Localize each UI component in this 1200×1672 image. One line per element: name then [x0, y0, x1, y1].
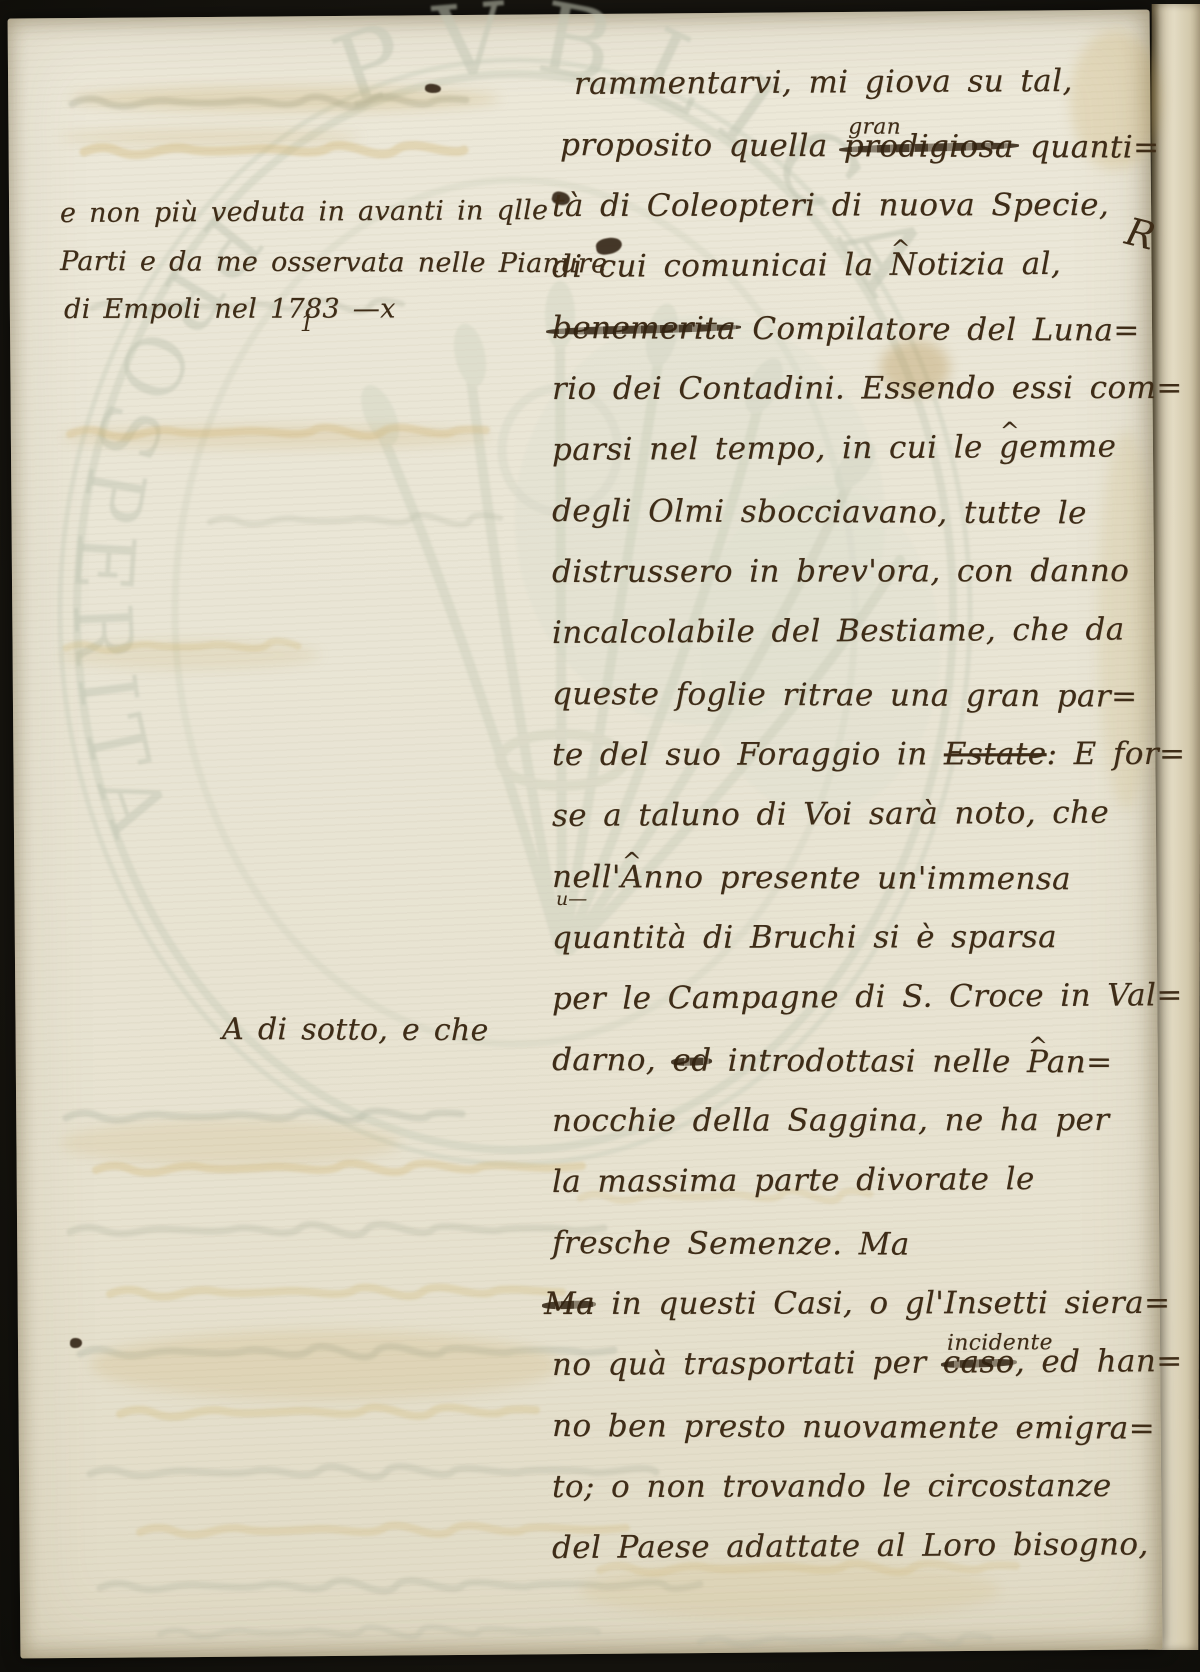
scribble-text: benemerita: [552, 310, 736, 347]
text-line: darno, ed introdottasi nelle ^Pan=: [552, 1042, 1113, 1080]
handwritten-text: la massima parte divorate le: [552, 1161, 1035, 1200]
stain: [60, 1120, 400, 1166]
text-line: di Empoli nel 1783 —x: [64, 293, 396, 325]
text-line: benemerita Compilatore del Luna=: [552, 310, 1140, 349]
text-line: degli Olmi sbocciavano, tutte le: [552, 493, 1087, 531]
handwritten-text: di Empoli nel 1783 —x: [64, 293, 396, 325]
margin-note: A di sotto, e che: [222, 1012, 489, 1048]
text-line: proposito quella granprodigiosa quanti=: [560, 127, 1159, 166]
scribble-text: prodigiosa: [844, 128, 1014, 165]
text-line: parsi nel tempo, in cui le ^gemme: [552, 429, 1117, 468]
handwritten-text: : E for=: [1046, 736, 1185, 772]
stain: [60, 128, 360, 146]
handwritten-text: quantità di Bruchi si è sparsa: [552, 919, 1057, 956]
handwritten-text: nell': [552, 859, 621, 895]
handwritten-text: Compilatore del Luna=: [736, 311, 1140, 349]
handwritten-text: no ben presto nuovamente emigra=: [552, 1408, 1155, 1447]
handwritten-text: se a taluno di Voi sarà noto, che: [552, 795, 1109, 834]
handwritten-text: no quà trasportati per: [552, 1345, 943, 1383]
handwritten-text: incalcolabile del Bestiame, che da: [552, 612, 1125, 651]
handwritten-text: rammentarvi, mi giova su tal,: [574, 63, 1073, 102]
text-line: di cui comunicai la ^Notizia al,: [552, 246, 1061, 285]
text-line: Ma in questi Casi, o gl'Insetti siera=: [544, 1285, 1170, 1322]
stain: [90, 1330, 560, 1400]
handwritten-text: e non più veduta in avanti in qlle: [60, 195, 549, 229]
handwritten-text: di cui comunicai la: [552, 247, 890, 285]
text-line: la massima parte divorate le: [552, 1161, 1035, 1200]
handwritten-text: queste foglie ritrae una gran par=: [552, 676, 1138, 715]
text-line: e non più veduta in avanti in qlle: [60, 195, 549, 229]
scribble-text: Ma: [544, 1286, 595, 1322]
handwritten-text: quanti=: [1014, 129, 1160, 166]
handwritten-text: in questi Casi, o gl'Insetti siera=: [595, 1285, 1170, 1322]
text-line: no ben presto nuovamente emigra=: [552, 1408, 1155, 1447]
handwritten-text: distrussero in brev'ora, con danno: [552, 553, 1129, 590]
text-line: no quà trasportati per incidentecaso, ed…: [552, 1343, 1183, 1383]
text-line: rammentarvi, mi giova su tal,: [574, 63, 1073, 102]
text-line: se a taluno di Voi sarà noto, che: [552, 795, 1109, 834]
handwritten-text: parsi nel tempo, in cui le: [552, 429, 999, 468]
handwritten-text: introdottasi nelle: [711, 1043, 1027, 1080]
strike-text: Estate: [944, 736, 1047, 772]
text-line: tà di Coleopteri di nuova Specie,: [552, 187, 1109, 224]
handwritten-text: per le Campagne di S. Croce in Val=: [552, 977, 1183, 1017]
handwritten-text: Anno presente un'immensa: [621, 859, 1071, 897]
text-line: distrussero in brev'ora, con danno: [552, 553, 1129, 590]
text-line: rio dei Contadini. Essendo essi com=: [552, 370, 1183, 407]
text-line: nocchie della Saggina, ne ha per: [552, 1102, 1110, 1139]
text-line: fresche Semenze. Ma: [552, 1225, 910, 1263]
scribble-text: caso: [943, 1344, 1015, 1380]
text-line: to; o non trovando le circostanze: [552, 1468, 1112, 1505]
text-line: per le Campagne di S. Croce in Val=: [552, 977, 1183, 1017]
handwritten-text: nocchie della Saggina, ne ha per: [552, 1102, 1110, 1139]
handwritten-text: rio dei Contadini. Essendo essi com=: [552, 370, 1183, 407]
scribble-text: ed: [672, 1043, 711, 1079]
text-line: incalcolabile del Bestiame, che da: [552, 612, 1125, 651]
text-line: Parti e da me osservata nelle Pianure: [60, 246, 607, 279]
text-line: queste foglie ritrae una gran par=: [552, 676, 1138, 715]
text-line: del Paese adattate al Loro bisogno,: [552, 1526, 1149, 1566]
handwritten-text: te del suo Foraggio in: [552, 736, 944, 773]
handwritten-text: to; o non trovando le circostanze: [552, 1468, 1112, 1505]
handwritten-text: darno,: [552, 1042, 672, 1079]
handwritten-text: Parti e da me osservata nelle Pianure: [60, 246, 607, 279]
handwritten-text: degli Olmi sbocciavano, tutte le: [552, 493, 1087, 531]
handwritten-text: del Paese adattate al Loro bisogno,: [552, 1526, 1149, 1566]
text-line: quantità di Bruchi si è sparsa: [552, 919, 1057, 956]
handwritten-text: fresche Semenze. Ma: [552, 1225, 910, 1263]
text-line: te del suo Foraggio in Estate: E for=: [552, 736, 1186, 773]
stain: [60, 640, 320, 670]
photo-background: PVBLICA PROSPERITA: [0, 0, 1200, 1672]
margin-sub-mark: 1: [300, 312, 314, 337]
stain: [580, 1560, 1000, 1620]
handwritten-text: tà di Coleopteri di nuova Specie,: [552, 187, 1109, 224]
stain: [60, 425, 490, 449]
text-line: nell'^Anno presente un'immensa: [552, 859, 1071, 897]
handwritten-text: Notizia al,: [890, 246, 1062, 283]
handwritten-text: proposito quella: [560, 127, 844, 164]
